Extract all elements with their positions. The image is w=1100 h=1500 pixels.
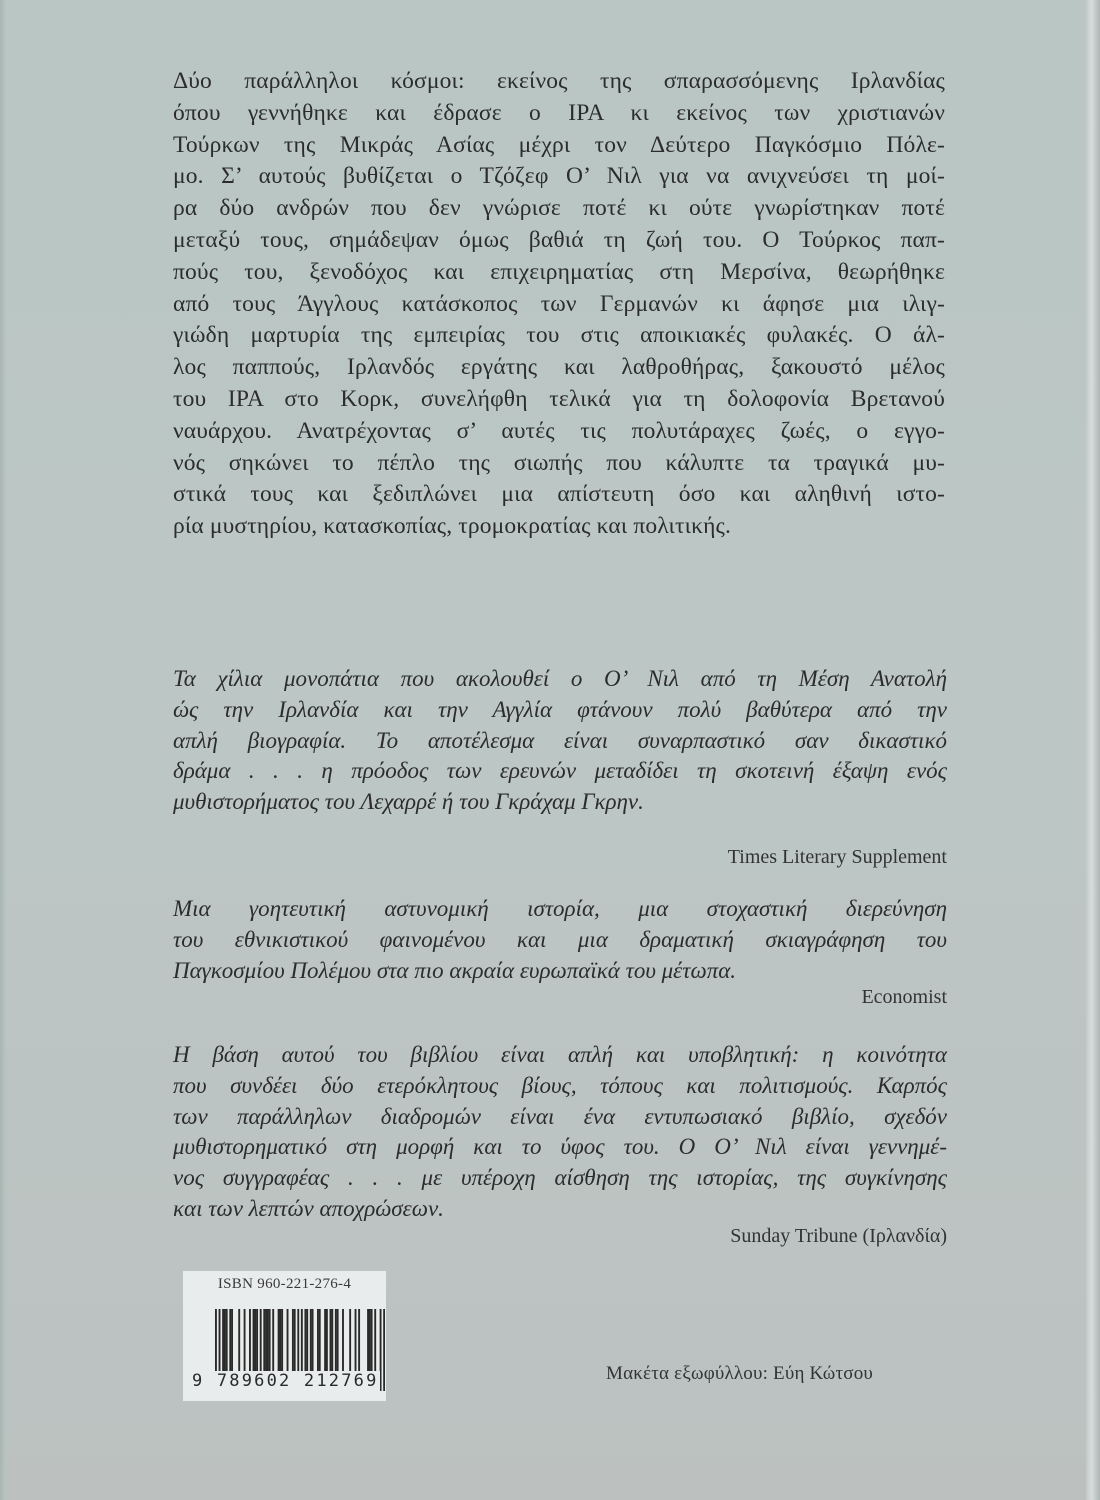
ean-digits: 9 789602 212769 [191,1371,381,1391]
text-line: νος συγγραφέας . . . με υπέροχη αίσθηση … [173,1163,947,1194]
text-line: του εθνικιστικού φαινομένου και μια δραμ… [173,925,947,956]
text-line: των παράλληλων διαδρομών είναι ένα εντυπ… [173,1102,947,1133]
text-line: απλή βιογραφία. Το αποτέλεσμα είναι συνα… [173,726,947,757]
text-line: γιώδη μαρτυρία της εμπειρίας του στις απ… [173,320,945,352]
text-line: ναυάρχου. Ανατρέχοντας σ’ αυτές τις πολυ… [173,416,945,448]
text-line: Μια γοητευτική αστυνομική ιστορία, μια σ… [173,894,947,925]
text-line: μυθιστορήματος του Λεχαρρέ ή του Γκράχαμ… [173,787,947,818]
text-line: στικά τους και ξεδιπλώνει μια απίστευτη … [173,479,945,511]
review-source-2: Economist [861,986,947,1009]
text-line: πούς του, ξενοδόχος και επιχειρηματίας σ… [173,257,945,289]
review-quote-1: Τα χίλια μονοπάτια που ακολουθεί ο Ο’ Νι… [173,664,947,818]
book-blurb: Δύο παράλληλοι κόσμοι: εκείνος της σπαρα… [173,66,945,543]
text-line: μεταξύ τους, σημάδεψαν όμως βαθιά τη ζωή… [173,225,945,257]
text-line: ρία μυστηρίου, κατασκοπίας, τρομοκρατίας… [173,511,945,543]
text-line: ώς την Ιρλανδία και την Αγγλία φτάνουν π… [173,695,947,726]
review-source-3: Sunday Tribune (Ιρλανδία) [730,1225,947,1248]
isbn-barcode-label: ISBN 960-221-276-4 9 789602 212769 [183,1271,386,1401]
cover-left-edge [0,0,6,1500]
review-source-1: Times Literary Supplement [728,846,947,869]
text-line: Η βάση αυτού του βιβλίου είναι απλή και … [173,1040,947,1071]
review-quote-2: Μια γοητευτική αστυνομική ιστορία, μια σ… [173,894,947,986]
text-line: νός σηκώνει το πέπλο της σιωπής που κάλυ… [173,448,945,480]
text-line: Παγκοσμίου Πολέμου στα πιο ακραία ευρωπα… [173,956,947,987]
text-line: δράμα . . . η πρόοδος των ερευνών μεταδί… [173,756,947,787]
cover-design-credit: Μακέτα εξωφύλλου: Εύη Κώτσου [606,1363,873,1385]
isbn-number: ISBN 960-221-276-4 [183,1276,386,1293]
text-line: Δύο παράλληλοι κόσμοι: εκείνος της σπαρα… [173,66,945,98]
text-line: του ΙΡΑ στο Κορκ, συνελήφθη τελικά για τ… [173,384,945,416]
text-line: και των λεπτών αποχρώσεων. [173,1194,947,1225]
text-line: Τούρκων της Μικράς Ασίας μέχρι τον Δεύτε… [173,130,945,162]
review-quote-3: Η βάση αυτού του βιβλίου είναι απλή και … [173,1040,947,1225]
text-line: όπου γεννήθηκε και έδρασε ο ΙΡΑ κι εκείν… [173,98,945,130]
text-line: μυθιστορηματικό στη μορφή και το ύφος το… [173,1132,947,1163]
text-line: μο. Σ’ αυτούς βυθίζεται ο Τζόζεφ Ο’ Νιλ … [173,161,945,193]
text-line: Τα χίλια μονοπάτια που ακολουθεί ο Ο’ Νι… [173,664,947,695]
text-line: ρα δύο ανδρών που δεν γνώρισε ποτέ κι ού… [173,193,945,225]
text-line: λος παππούς, Ιρλανδός εργάτης και λαθροθ… [173,352,945,384]
text-line: από τους Άγγλους κατάσκοπος των Γερμανών… [173,289,945,321]
text-line: που συνδέει δύο ετερόκλητους βίους, τόπο… [173,1071,947,1102]
cover-spine-edge [1086,0,1100,1500]
